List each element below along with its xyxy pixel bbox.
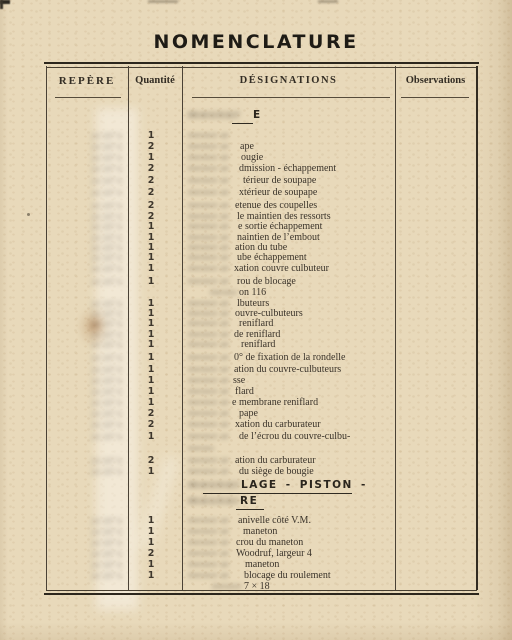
- redacted-repere-code: 24 187 6: [67, 153, 122, 163]
- designation-line: mesnor ae ruts mesnor ae ruts mesnor ae …: [188, 548, 312, 559]
- quantity-value: 2: [132, 548, 170, 559]
- designation-text: E: [253, 109, 262, 121]
- redacted-designation: mesnor ae ruts mesnor ae ruts mesnor ae …: [188, 570, 242, 581]
- designation-line: mesnor ae ruts mesnor ae ruts mesnor ae …: [188, 408, 258, 419]
- quantity-value: 2: [132, 200, 170, 211]
- redacted-designation: mesnor ae ruts mesnor ae ruts mesnor ae …: [188, 175, 241, 186]
- designation-line: mesnor ae ruts mesnor ae ruts mesnor ae …: [212, 581, 270, 592]
- column-header-observations: Observations: [395, 75, 476, 86]
- redacted-designation: mesnor ae ruts mesnor ae ruts mesnor ae …: [188, 431, 237, 442]
- redacted-repere-code: 24 187 6: [82, 319, 122, 329]
- redacted-repere-code: 24 187 6: [81, 398, 122, 408]
- designation-line: mesnor ae ruts mesnor ae ruts mesnor ae …: [188, 163, 336, 174]
- designation-text: LAGE - PISTON -: [241, 479, 367, 491]
- quantity-value: 1: [132, 318, 170, 329]
- designation-line: mesnor ae ruts mesnor ae ruts mesnor ae …: [188, 252, 307, 263]
- designation-text: blocage du roulement: [244, 570, 331, 581]
- quantity-value: 1: [132, 570, 170, 581]
- redacted-repere-code: 24 187 6: [69, 549, 122, 559]
- quantity-value: 1: [132, 276, 170, 287]
- redacted-repere-code: 24 187 6: [83, 243, 122, 253]
- designation-text: de l’écrou du couvre-culbu-: [239, 431, 350, 442]
- page-title: NOMENCLATURE: [0, 31, 512, 53]
- section-heading: mesnor ae ruts mesnor ae ruts mesnor ae …: [188, 109, 262, 121]
- designation-line: mesnor ae ruts mesnor ae ruts mesnor ae …: [188, 352, 345, 363]
- redacted-repere-code: 24 187 6: [85, 353, 122, 363]
- paper-speck: [27, 213, 30, 216]
- designation-text: térieur de soupape: [243, 175, 316, 186]
- designation-text: 7 × 18: [244, 581, 270, 592]
- redacted-designation: mesnor ae ruts mesnor ae ruts mesnor ae …: [188, 263, 232, 274]
- redacted-repere-code: 24 187 6: [76, 538, 122, 548]
- redacted-designation: mesnor ae ruts mesnor ae ruts mesnor ae …: [188, 559, 243, 570]
- designation-text: dmission - échappement: [239, 163, 336, 174]
- redacted-designation: mesnor ae ruts mesnor ae ruts mesnor ae …: [188, 318, 237, 329]
- redacted-designation: mesnor ae ruts mesnor ae ruts mesnor ae …: [188, 163, 237, 174]
- designation-line: mesnor ae ruts mesnor ae ruts mesnor ae …: [188, 559, 279, 570]
- table-left-border: [46, 66, 47, 590]
- column-header-quantite: Quantité: [128, 75, 182, 86]
- redacted-repere-code: 24 187 6: [81, 131, 122, 141]
- redacted-designation: mesnor ae ruts mesnor ae ruts mesnor ae …: [188, 130, 243, 141]
- scan-edge-smudge: [318, 0, 338, 3]
- designation-text: pape: [239, 408, 258, 419]
- redacted-repere-code: 24 187 6: [73, 222, 122, 232]
- column-divider-repere-quantite: [128, 66, 129, 590]
- designation-text: reniflard: [239, 318, 273, 329]
- quantity-value: 1: [132, 352, 170, 363]
- designation-line: mesnor ae ruts mesnor ae ruts mesnor ae …: [188, 141, 254, 152]
- redacted-designation: mesnor ae ruts mesnor ae ruts mesnor ae …: [188, 515, 236, 526]
- table-right-border: [476, 66, 478, 590]
- redacted-repere-code: 24 187 6: [79, 571, 122, 581]
- designation-line: mesnor ae ruts mesnor ae ruts mesnor ae …: [188, 263, 329, 274]
- designation-text: flard: [235, 386, 254, 397]
- redacted-repere-code: 24 187 6: [72, 299, 122, 309]
- designation-text: 0° de fixation de la rondelle: [234, 352, 345, 363]
- designation-text: du siège de bougie: [239, 466, 314, 477]
- redacted-designation: mesnor ae ruts mesnor ae ruts mesnor ae …: [212, 581, 242, 592]
- section-heading-underline: [232, 123, 253, 124]
- quantity-value: 1: [132, 431, 170, 442]
- header-underline-observations: [401, 97, 469, 98]
- designation-text: on 116: [239, 287, 266, 298]
- designation-text: RE: [240, 495, 258, 507]
- redacted-repere-code: 24 187 6: [68, 340, 122, 350]
- redacted-repere-code: 24 187 6: [86, 277, 122, 287]
- section-heading: mesnor ae ruts mesnor ae ruts mesnor ae …: [188, 479, 367, 491]
- redacted-repere-code: 24 187 6: [83, 527, 122, 537]
- designation-text: etenue des coupelles: [235, 200, 317, 211]
- designation-text: sse: [233, 375, 245, 386]
- scanned-nomenclature-page: NOMENCLATURE REPÈRE Quantité DÉSIGNATION…: [0, 0, 512, 640]
- designation-line: mesnor ae ruts mesnor ae ruts mesnor ae …: [188, 537, 303, 548]
- redacted-repere-code: 24 187 6: [75, 330, 122, 340]
- designation-line: mesnor ae ruts mesnor ae ruts mesnor ae …: [210, 287, 266, 298]
- scan-corner-mark: [0, 0, 3, 9]
- redacted-designation: mesnor ae ruts mesnor ae ruts mesnor ae …: [188, 141, 238, 152]
- redacted-designation: mesnor ae ruts mesnor ae ruts mesnor ae …: [188, 364, 232, 375]
- redacted-repere-code: 24 187 6: [80, 212, 122, 222]
- quantity-value: 2: [132, 175, 170, 186]
- redacted-repere-code: 24 187 6: [76, 253, 122, 263]
- designation-line: mesnor ae ruts mesnor ae ruts mesnor ae …: [188, 200, 317, 211]
- quantity-value: 2: [132, 455, 170, 466]
- quantity-value: 1: [132, 252, 170, 263]
- redacted-designation: mesnor ae ruts mesnor ae ruts mesnor ae …: [188, 221, 236, 232]
- designation-text: ube échappement: [237, 252, 307, 263]
- designation-text: xation couvre culbuteur: [234, 263, 329, 274]
- quantity-value: 1: [132, 221, 170, 232]
- designation-text: e sortie échappement: [238, 221, 322, 232]
- redacted-designation: mesnor ae ruts mesnor ae ruts mesnor ae …: [188, 276, 235, 287]
- designation-text: maneton: [245, 559, 279, 570]
- designation-text: reniflard: [241, 339, 275, 350]
- column-header-designations: DÉSIGNATIONS: [182, 75, 395, 86]
- quantity-value: 1: [132, 130, 170, 141]
- redacted-designation: mesnor ae ruts mesnor ae ruts mesnor ae …: [188, 386, 233, 397]
- designation-line: mesnor ae ruts mesnor ae ruts mesnor ae …: [188, 221, 322, 232]
- section-heading-underline: [203, 493, 352, 494]
- designation-line: mesnor ae ruts mesnor ae ruts mesnor ae …: [188, 526, 277, 537]
- redacted-repere-code: 24 187 6: [88, 387, 122, 397]
- header-underline-designations: [192, 97, 390, 98]
- redacted-repere-code: 24 187 6: [86, 560, 122, 570]
- designation-line: mesnor ae ruts mesnor ae ruts mesnor ae …: [188, 515, 311, 526]
- redacted-designation: mesnor ae ruts mesnor ae ruts mesnor ae …: [188, 537, 234, 548]
- designation-line: mesnor ae ruts mesnor ae ruts mesnor ae …: [188, 386, 254, 397]
- redacted-designation: mesnor ae ruts mesnor ae ruts mesnor ae …: [188, 479, 239, 491]
- redacted-designation: mesnor ae ruts mesnor ae ruts mesnor ae …: [188, 152, 239, 163]
- redacted-designation: mesnor ae ruts mesnor ae ruts mesnor ae …: [210, 287, 237, 298]
- quantity-value: 1: [132, 515, 170, 526]
- section-heading-underline: [236, 509, 264, 510]
- table-top-heavy-rule: [44, 62, 479, 64]
- quantity-value: 2: [132, 163, 170, 174]
- designation-line: mesnor ae ruts mesnor ae ruts mesnor ae …: [188, 431, 350, 442]
- designation-text: e membrane reniflard: [232, 397, 318, 408]
- designation-text: ation du carburateur: [235, 455, 316, 466]
- quantity-value: 1: [132, 526, 170, 537]
- redacted-repere-code: 24 187 6: [74, 409, 122, 419]
- quantity-value: 1: [132, 466, 170, 477]
- redacted-designation: mesnor ae ruts mesnor ae ruts mesnor ae …: [188, 443, 214, 454]
- designation-line: mesnor ae ruts mesnor ae ruts mesnor ae …: [188, 364, 341, 375]
- table-bottom-heavy-rule: [44, 593, 479, 595]
- column-divider-quantite-designations: [182, 66, 183, 590]
- section-heading: mesnor ae ruts mesnor ae ruts mesnor ae …: [188, 495, 258, 507]
- quantity-value: 1: [132, 559, 170, 570]
- redacted-designation: mesnor ae ruts mesnor ae ruts mesnor ae …: [188, 252, 235, 263]
- redacted-repere-code: 24 187 6: [70, 456, 122, 466]
- redacted-repere-code: 24 187 6: [71, 376, 122, 386]
- designation-text: maneton: [243, 526, 277, 537]
- designation-line: mesnor ae ruts mesnor ae ruts mesnor ae …: [188, 455, 316, 466]
- redacted-repere-code: 24 187 6: [69, 264, 122, 274]
- designation-line: mesnor ae ruts mesnor ae ruts mesnor ae …: [188, 419, 321, 430]
- redacted-repere-code: 24 187 6: [70, 188, 122, 198]
- designation-line: mesnor ae ruts mesnor ae ruts mesnor ae …: [188, 339, 275, 350]
- designation-text: crou du maneton: [236, 537, 303, 548]
- quantity-value: 2: [132, 141, 170, 152]
- designation-line: mesnor ae ruts mesnor ae ruts mesnor ae …: [188, 318, 273, 329]
- designation-line: mesnor ae ruts mesnor ae ruts mesnor ae …: [188, 375, 245, 386]
- designation-line: mesnor ae ruts mesnor ae ruts mesnor ae …: [188, 130, 245, 141]
- designation-text: rou de blocage: [237, 276, 296, 287]
- redacted-repere-code: 24 187 6: [65, 309, 122, 319]
- redacted-designation: mesnor ae ruts mesnor ae ruts mesnor ae …: [188, 339, 239, 350]
- redacted-repere-code: 24 187 6: [66, 516, 122, 526]
- redacted-repere-code: 24 187 6: [87, 467, 122, 477]
- redacted-repere-code: 24 187 6: [78, 365, 122, 375]
- designation-text: ougie: [241, 152, 263, 163]
- scan-edge-smudge: [148, 0, 178, 3]
- designation-line: mesnor ae ruts mesnor ae ruts mesnor ae …: [188, 466, 314, 477]
- quantity-value: 2: [132, 419, 170, 430]
- quantity-value: 1: [132, 397, 170, 408]
- redacted-designation: mesnor ae ruts mesnor ae ruts mesnor ae …: [188, 375, 231, 386]
- designation-line: mesnor ae ruts mesnor ae ruts mesnor ae …: [188, 276, 296, 287]
- designation-line: mesnor ae ruts mesnor ae ruts mesnor ae …: [188, 570, 331, 581]
- quantity-value: 1: [132, 537, 170, 548]
- column-divider-designations-observations: [395, 66, 396, 590]
- designation-line: mesnor ae ruts mesnor ae ruts mesnor ae …: [188, 175, 316, 186]
- redacted-repere-code: 24 187 6: [84, 164, 122, 174]
- redacted-designation: mesnor ae ruts mesnor ae ruts mesnor ae …: [188, 526, 241, 537]
- designation-line: mesnor ae ruts mesnor ae ruts mesnor ae …: [188, 152, 263, 163]
- redacted-designation: mesnor ae ruts mesnor ae ruts mesnor ae …: [188, 352, 232, 363]
- redacted-repere-code: 24 187 6: [77, 176, 122, 186]
- quantity-value: 1: [132, 152, 170, 163]
- quantity-value: 1: [132, 364, 170, 375]
- quantity-value: 1: [132, 339, 170, 350]
- redacted-repere-code: 24 187 6: [67, 420, 122, 430]
- redacted-designation: mesnor ae ruts mesnor ae ruts mesnor ae …: [188, 408, 237, 419]
- column-header-repere: REPÈRE: [46, 75, 128, 87]
- designation-text: xtérieur de soupape: [239, 187, 317, 198]
- quantity-value: 2: [132, 187, 170, 198]
- table-top-thin-rule: [46, 67, 477, 68]
- quantity-value: 1: [132, 386, 170, 397]
- redacted-designation: mesnor ae ruts mesnor ae ruts mesnor ae …: [188, 200, 233, 211]
- redacted-repere-code: 24 187 6: [87, 201, 122, 211]
- designation-text: xation du carburateur: [235, 419, 321, 430]
- redacted-designation: mesnor ae ruts mesnor ae ruts mesnor ae …: [188, 548, 234, 559]
- redacted-designation: mesnor ae ruts mesnor ae ruts mesnor ae …: [188, 397, 230, 408]
- quantity-value: 1: [132, 375, 170, 386]
- designation-text: ation du couvre-culbuteurs: [234, 364, 341, 375]
- designation-line: mesnor ae ruts mesnor ae ruts mesnor ae …: [188, 187, 317, 198]
- redacted-designation: mesnor ae ruts mesnor ae ruts mesnor ae …: [188, 466, 237, 477]
- designation-text: Woodruf, largeur 4: [236, 548, 312, 559]
- designation-line: mesnor ae ruts mesnor ae ruts mesnor ae …: [188, 443, 216, 454]
- redacted-designation: mesnor ae ruts mesnor ae ruts mesnor ae …: [188, 455, 233, 466]
- redacted-repere-code: 24 187 6: [74, 142, 122, 152]
- header-underline-repere: [55, 97, 121, 98]
- redacted-repere-code: 24 187 6: [84, 432, 122, 442]
- designation-text: anivelle côté V.M.: [238, 515, 311, 526]
- redacted-repere-code: 24 187 6: [66, 233, 122, 243]
- redacted-designation: mesnor ae ruts mesnor ae ruts mesnor ae …: [188, 419, 233, 430]
- redacted-designation: mesnor ae ruts mesnor ae ruts mesnor ae …: [188, 187, 237, 198]
- designation-line: mesnor ae ruts mesnor ae ruts mesnor ae …: [188, 397, 318, 408]
- redacted-designation: mesnor ae ruts mesnor ae ruts mesnor ae …: [188, 495, 238, 507]
- redacted-designation: mesnor ae ruts mesnor ae ruts mesnor ae …: [188, 109, 251, 121]
- quantity-value: 2: [132, 408, 170, 419]
- quantity-value: 1: [132, 263, 170, 274]
- designation-text: ape: [240, 141, 254, 152]
